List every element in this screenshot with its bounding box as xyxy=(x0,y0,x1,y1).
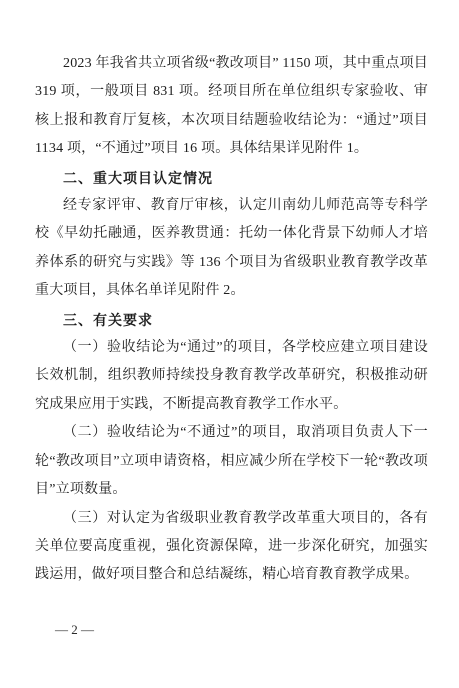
document-body: 2023 年我省共立项省级“教改项目” 1150 项，其中重点项目 319 项，… xyxy=(35,50,428,590)
paragraph-requirement-1: （一）验收结论为“通过”的项目，各学校应建立项目建设长效机制，组织教师持续投身教… xyxy=(35,334,428,419)
paragraph-requirement-2: （二）验收结论为“不通过”的项目，取消项目负责人下一轮“教改项目”立项申请资格，… xyxy=(35,419,428,504)
section-heading-requirements: 三、有关要求 xyxy=(35,306,428,334)
paragraph-major-projects: 经专家评审、教育厅审核，认定川南幼儿师范高等专科学校《早幼托融通，医养教贯通：托… xyxy=(35,192,428,306)
page-number: — 2 — xyxy=(55,622,94,638)
document-page: 2023 年我省共立项省级“教改项目” 1150 项，其中重点项目 319 项，… xyxy=(0,0,459,688)
paragraph-requirement-3: （三）对认定为省级职业教育教学改革重大项目的，各有关单位要高度重视，强化资源保障… xyxy=(35,505,428,590)
section-heading-major-projects: 二、重大项目认定情况 xyxy=(35,164,428,192)
paragraph-verification-results: 2023 年我省共立项省级“教改项目” 1150 项，其中重点项目 319 项，… xyxy=(35,50,428,164)
